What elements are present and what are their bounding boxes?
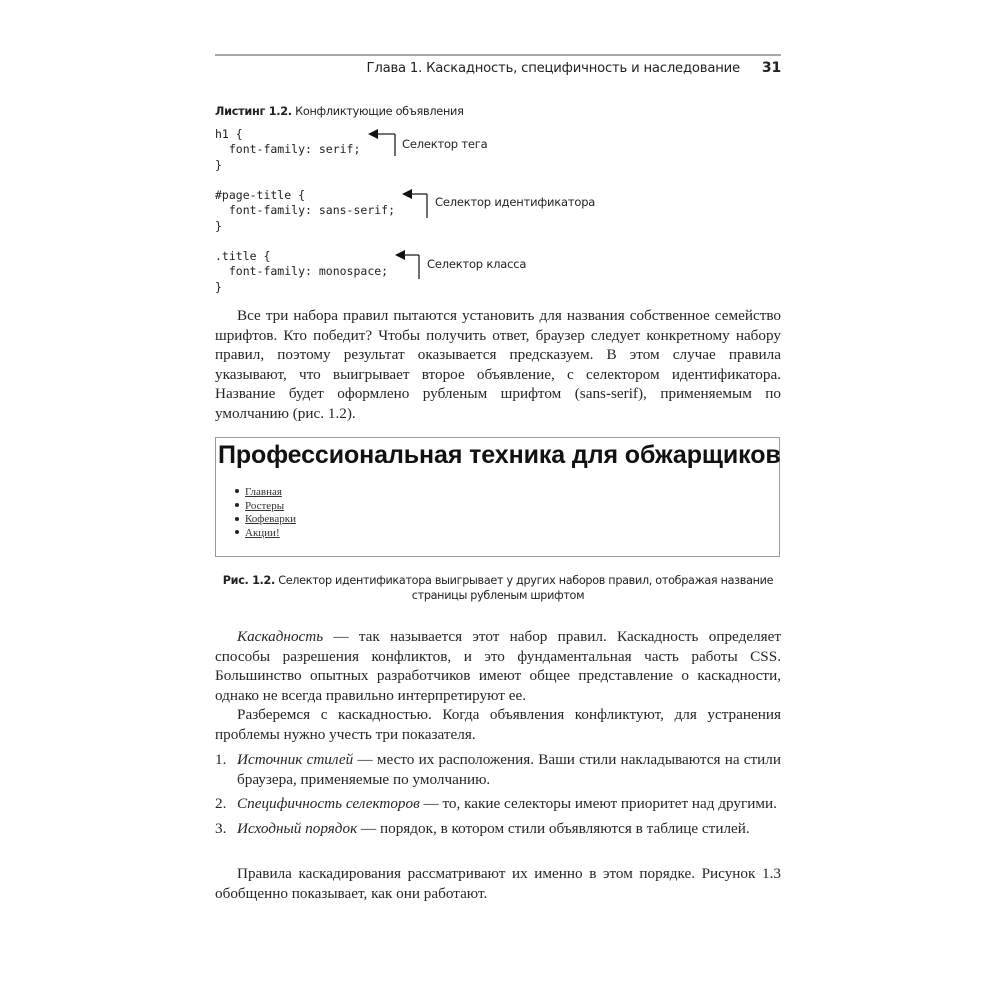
body-paragraph: Каскадность — так называется этот набор …: [215, 627, 781, 705]
bullet-icon: [235, 489, 239, 493]
listing-title: Конфликтующие объявления: [295, 105, 463, 118]
list-item: 2.Специфичность селекторов — то, какие с…: [215, 794, 781, 814]
annotation-id-selector: Селектор идентификатора: [435, 195, 595, 209]
running-header: Глава 1. Каскадность, специфичность и на…: [215, 60, 781, 76]
body-paragraph: Все три набора правил пытаются установит…: [215, 306, 781, 424]
header-rule: [215, 54, 781, 56]
nav-item: Акции!: [235, 527, 296, 541]
figure-caption-text: Селектор идентификатора выигрывает у дру…: [278, 574, 773, 602]
listing-caption: Листинг 1.2. Конфликтующие объявления: [215, 105, 464, 118]
nav-link-promotions[interactable]: Акции!: [245, 527, 280, 539]
bullet-icon: [235, 530, 239, 534]
page-number: 31: [762, 60, 781, 76]
annotation-tag-selector: Селектор тега: [402, 137, 487, 151]
bullet-icon: [235, 503, 239, 507]
nav-link-coffee-makers[interactable]: Кофеварки: [245, 513, 296, 525]
italic-term: Каскадность: [237, 628, 323, 645]
code-block-tag-selector: h1 { font-family: serif; }: [215, 127, 360, 173]
figure-page-title: Профессиональная техника для обжарщиков: [218, 441, 781, 470]
figure-nav-list: Главная Ростеры Кофеварки Акции!: [235, 486, 296, 540]
body-paragraph: Правила каскадирования рассматривают их …: [215, 864, 781, 903]
body-paragraph: Разберемся с каскадностью. Когда объявле…: [215, 705, 781, 744]
code-block-id-selector: #page-title { font-family: sans-serif; }: [215, 188, 395, 234]
list-item: 3.Исходный порядок — порядок, в котором …: [215, 819, 781, 839]
nav-link-home[interactable]: Главная: [245, 486, 282, 498]
nav-item: Главная: [235, 486, 296, 500]
figure-label: Рис. 1.2.: [223, 574, 275, 587]
figure-screenshot: Профессиональная техника для обжарщиков …: [215, 437, 780, 557]
chapter-title: Глава 1. Каскадность, специфичность и на…: [367, 61, 740, 76]
code-block-class-selector: .title { font-family: monospace; }: [215, 249, 388, 295]
listing-label: Листинг 1.2.: [215, 105, 292, 118]
figure-caption: Рис. 1.2. Селектор идентификатора выигры…: [215, 573, 781, 603]
bullet-icon: [235, 517, 239, 521]
nav-item: Ростеры: [235, 500, 296, 514]
nav-link-roasters[interactable]: Ростеры: [245, 500, 284, 512]
nav-item: Кофеварки: [235, 513, 296, 527]
numbered-list: 1.Источник стилей — место их расположени…: [215, 750, 781, 843]
annotation-class-selector: Селектор класса: [427, 257, 526, 271]
list-item: 1.Источник стилей — место их расположени…: [215, 750, 781, 789]
